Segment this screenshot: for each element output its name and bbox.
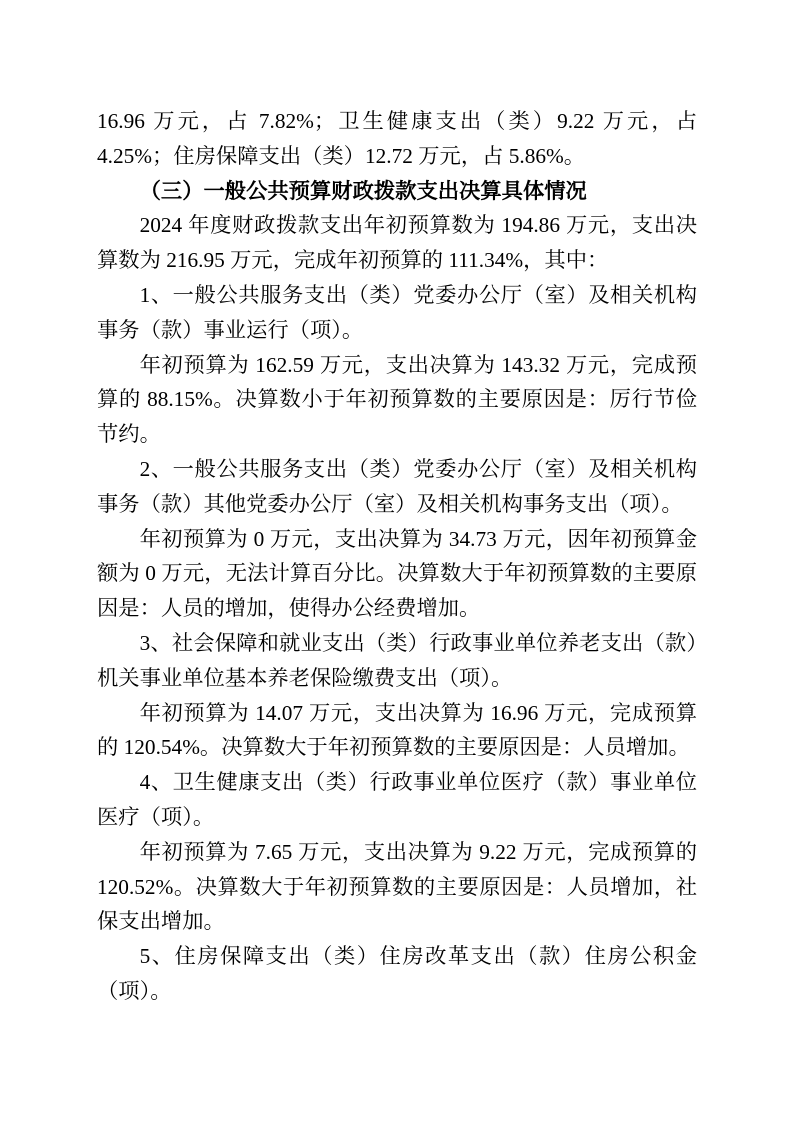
paragraph-item-3-title: 3、社会保障和就业支出（类）行政事业单位养老支出（款）机关事业单位基本养老保险缴… <box>97 626 697 696</box>
paragraph-item-2-title: 2、一般公共服务支出（类）党委办公厅（室）及相关机构事务（款）其他党委办公厅（室… <box>97 452 697 522</box>
section-heading: （三）一般公共预算财政拨款支出决算具体情况 <box>97 174 697 209</box>
paragraph-item-2-detail: 年初预算为 0 万元，支出决算为 34.73 万元，因年初预算金额为 0 万元，… <box>97 522 697 626</box>
paragraph-item-1-title: 1、一般公共服务支出（类）党委办公厅（室）及相关机构事务（款）事业运行（项）。 <box>97 278 697 348</box>
paragraph-item-1-detail: 年初预算为 162.59 万元，支出决算为 143.32 万元，完成预算的 88… <box>97 348 697 452</box>
document-page: 16.96 万元，占 7.82%；卫生健康支出（类）9.22 万元，占 4.25… <box>0 0 793 1122</box>
paragraph-item-3-detail: 年初预算为 14.07 万元，支出决算为 16.96 万元，完成预算的 120.… <box>97 696 697 766</box>
paragraph-expenditure-shares-continued: 16.96 万元，占 7.82%；卫生健康支出（类）9.22 万元，占 4.25… <box>97 104 697 174</box>
paragraph-item-4-detail: 年初预算为 7.65 万元，支出决算为 9.22 万元，完成预算的 120.52… <box>97 835 697 939</box>
paragraph-overview-2024: 2024 年度财政拨款支出年初预算数为 194.86 万元，支出决算数为 216… <box>97 208 697 278</box>
paragraph-item-4-title: 4、卫生健康支出（类）行政事业单位医疗（款）事业单位医疗（项）。 <box>97 765 697 835</box>
document-body: 16.96 万元，占 7.82%；卫生健康支出（类）9.22 万元，占 4.25… <box>97 104 697 1009</box>
paragraph-item-5-title: 5、住房保障支出（类）住房改革支出（款）住房公积金（项）。 <box>97 939 697 1009</box>
